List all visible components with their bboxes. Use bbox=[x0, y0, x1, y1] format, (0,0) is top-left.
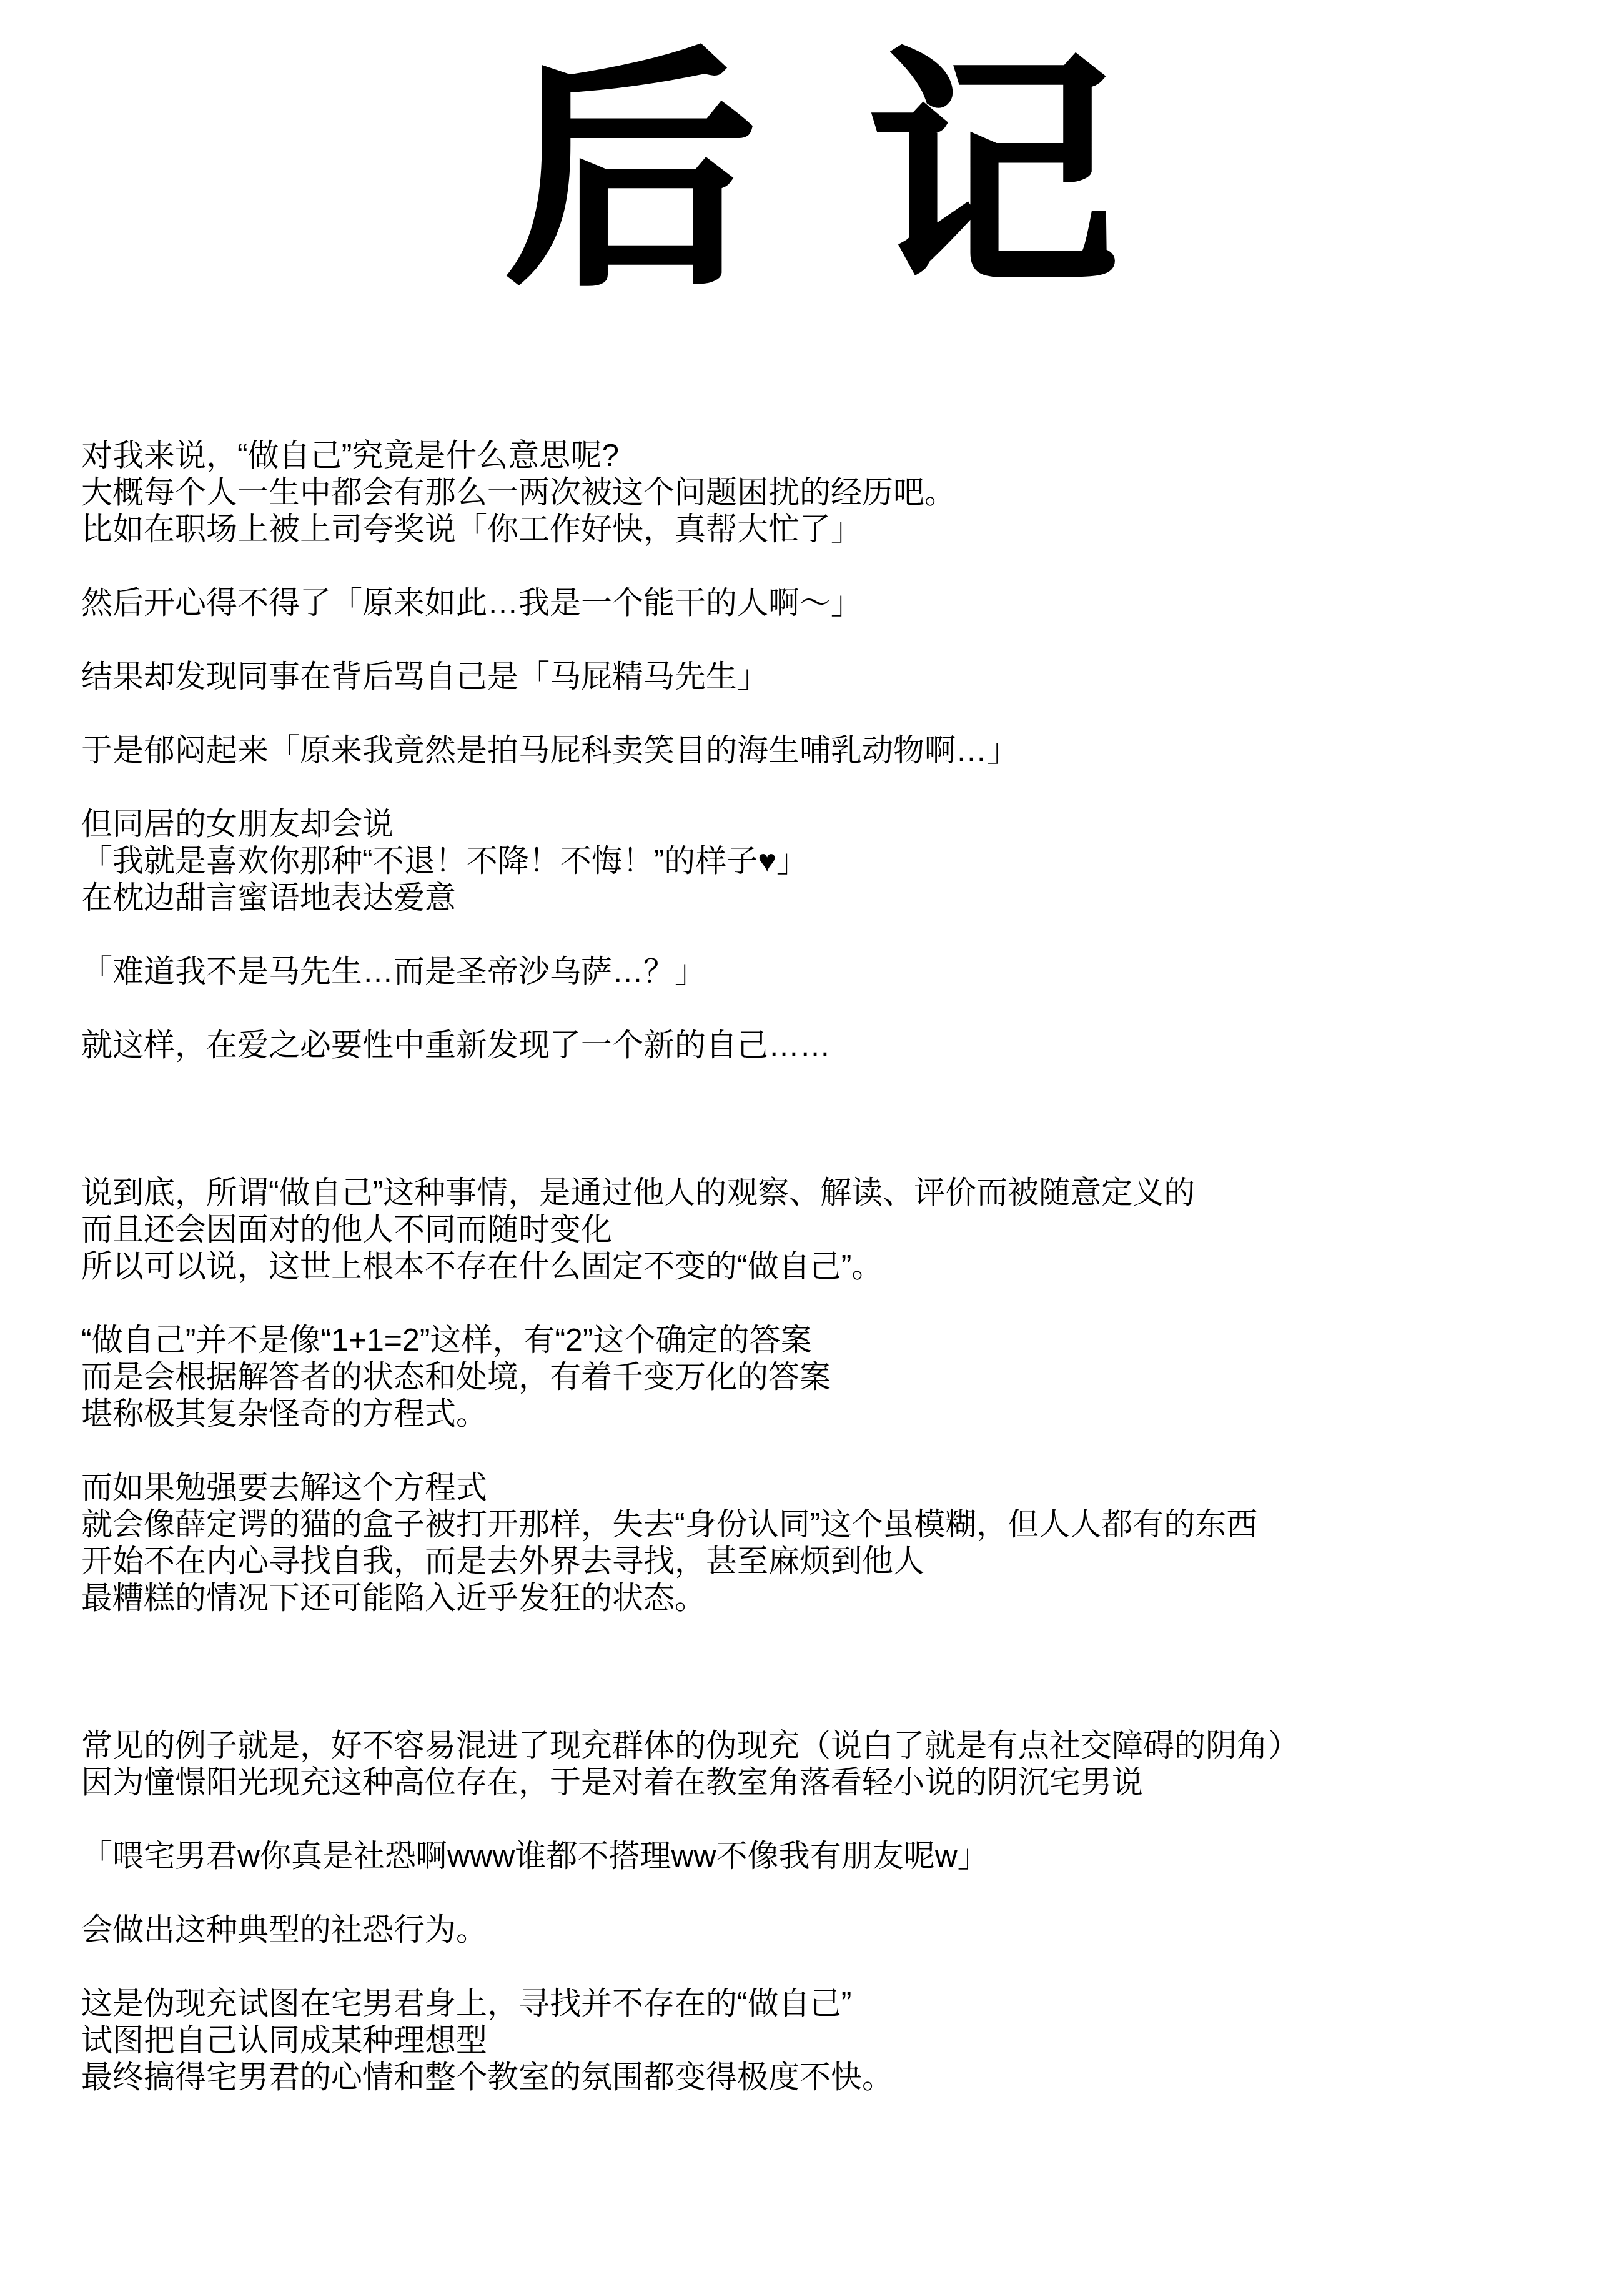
text-line bbox=[81, 695, 1599, 732]
text-line: 「我就是喜欢你那种“不退！不降！不悔！”的样子♥」 bbox=[81, 843, 1599, 880]
text-line bbox=[81, 1948, 1599, 1985]
text-line bbox=[81, 1101, 1599, 1138]
text-line: 而是会根据解答者的状态和处境，有着千变万化的答案 bbox=[81, 1359, 1599, 1396]
text-line: 就会像薛定谔的猫的盒子被打开那样，失去“身份认同”这个虽模糊，但人人都有的东西 bbox=[81, 1506, 1599, 1543]
text-line bbox=[81, 1801, 1599, 1838]
text-line: 会做出这种典型的社恐行为。 bbox=[81, 1912, 1599, 1948]
text-line: 因为憧憬阳光现充这种高位存在，于是对着在教室角落看轻小说的阴沉宅男说 bbox=[81, 1764, 1599, 1801]
text-line bbox=[81, 1690, 1599, 1727]
text-line: 开始不在内心寻找自我，而是去外界去寻找，甚至麻烦到他人 bbox=[81, 1543, 1599, 1580]
text-line bbox=[81, 548, 1599, 585]
text-line bbox=[81, 1064, 1599, 1101]
text-line bbox=[81, 1654, 1599, 1690]
text-line: 最糟糕的情况下还可能陷入近乎发狂的状态。 bbox=[81, 1580, 1599, 1617]
afterword-body: 对我来说，“做自己”究竟是什么意思呢?大概每个人一生中都会有那么一两次被这个问题… bbox=[81, 437, 1599, 2096]
text-line: 但同居的女朋友却会说 bbox=[81, 806, 1599, 843]
text-line: 而如果勉强要去解这个方程式 bbox=[81, 1469, 1599, 1506]
text-line: 堪称极其复杂怪奇的方程式。 bbox=[81, 1396, 1599, 1432]
text-line: 比如在职场上被上司夸奖说「你工作好快，真帮大忙了」 bbox=[81, 511, 1599, 548]
text-line: 结果却发现同事在背后骂自己是「马屁精马先生」 bbox=[81, 658, 1599, 695]
text-line: 常见的例子就是，好不容易混进了现充群体的伪现充（说白了就是有点社交障碍的阴角） bbox=[81, 1727, 1599, 1764]
text-line bbox=[81, 916, 1599, 953]
text-line: 说到底，所谓“做自己”这种事情，是通过他人的观察、解读、评价而被随意定义的 bbox=[81, 1174, 1599, 1211]
text-line: 然后开心得不得了「原来如此…我是一个能干的人啊～」 bbox=[81, 585, 1599, 622]
text-line bbox=[81, 1617, 1599, 1654]
text-line: 试图把自己认同成某种理想型 bbox=[81, 2022, 1599, 2059]
text-line bbox=[81, 769, 1599, 806]
text-line: 大概每个人一生中都会有那么一两次被这个问题困扰的经历吧。 bbox=[81, 474, 1599, 511]
afterword-page: 后记 对我来说，“做自己”究竟是什么意思呢?大概每个人一生中都会有那么一两次被这… bbox=[0, 0, 1624, 2272]
text-line: 所以可以说，这世上根本不存在什么固定不变的“做自己”。 bbox=[81, 1248, 1599, 1285]
text-line: 这是伪现充试图在宅男君身上，寻找并不存在的“做自己” bbox=[81, 1985, 1599, 2022]
text-line: 「难道我不是马先生…而是圣帝沙乌萨…？」 bbox=[81, 953, 1599, 990]
text-line bbox=[81, 1432, 1599, 1469]
text-line: “做自己”并不是像“1+1=2”这样，有“2”这个确定的答案 bbox=[81, 1322, 1599, 1359]
text-line: 在枕边甜言蜜语地表达爱意 bbox=[81, 880, 1599, 916]
text-line bbox=[81, 622, 1599, 658]
text-line: 对我来说，“做自己”究竟是什么意思呢? bbox=[81, 437, 1599, 474]
text-line bbox=[81, 1285, 1599, 1322]
text-line bbox=[81, 990, 1599, 1027]
text-line bbox=[81, 1875, 1599, 1912]
text-line: 最终搞得宅男君的心情和整个教室的氛围都变得极度不快。 bbox=[81, 2059, 1599, 2096]
page-title: 后记 bbox=[0, 30, 1624, 317]
text-line: 而且还会因面对的他人不同而随时变化 bbox=[81, 1211, 1599, 1248]
text-line: 于是郁闷起来「原来我竟然是拍马屁科卖笑目的海生哺乳动物啊…」 bbox=[81, 732, 1599, 769]
text-line: 就这样，在爱之必要性中重新发现了一个新的自己…… bbox=[81, 1027, 1599, 1064]
text-line bbox=[81, 1138, 1599, 1174]
text-line: 「喂宅男君w你真是社恐啊www谁都不搭理ww不像我有朋友呢w」 bbox=[81, 1838, 1599, 1875]
